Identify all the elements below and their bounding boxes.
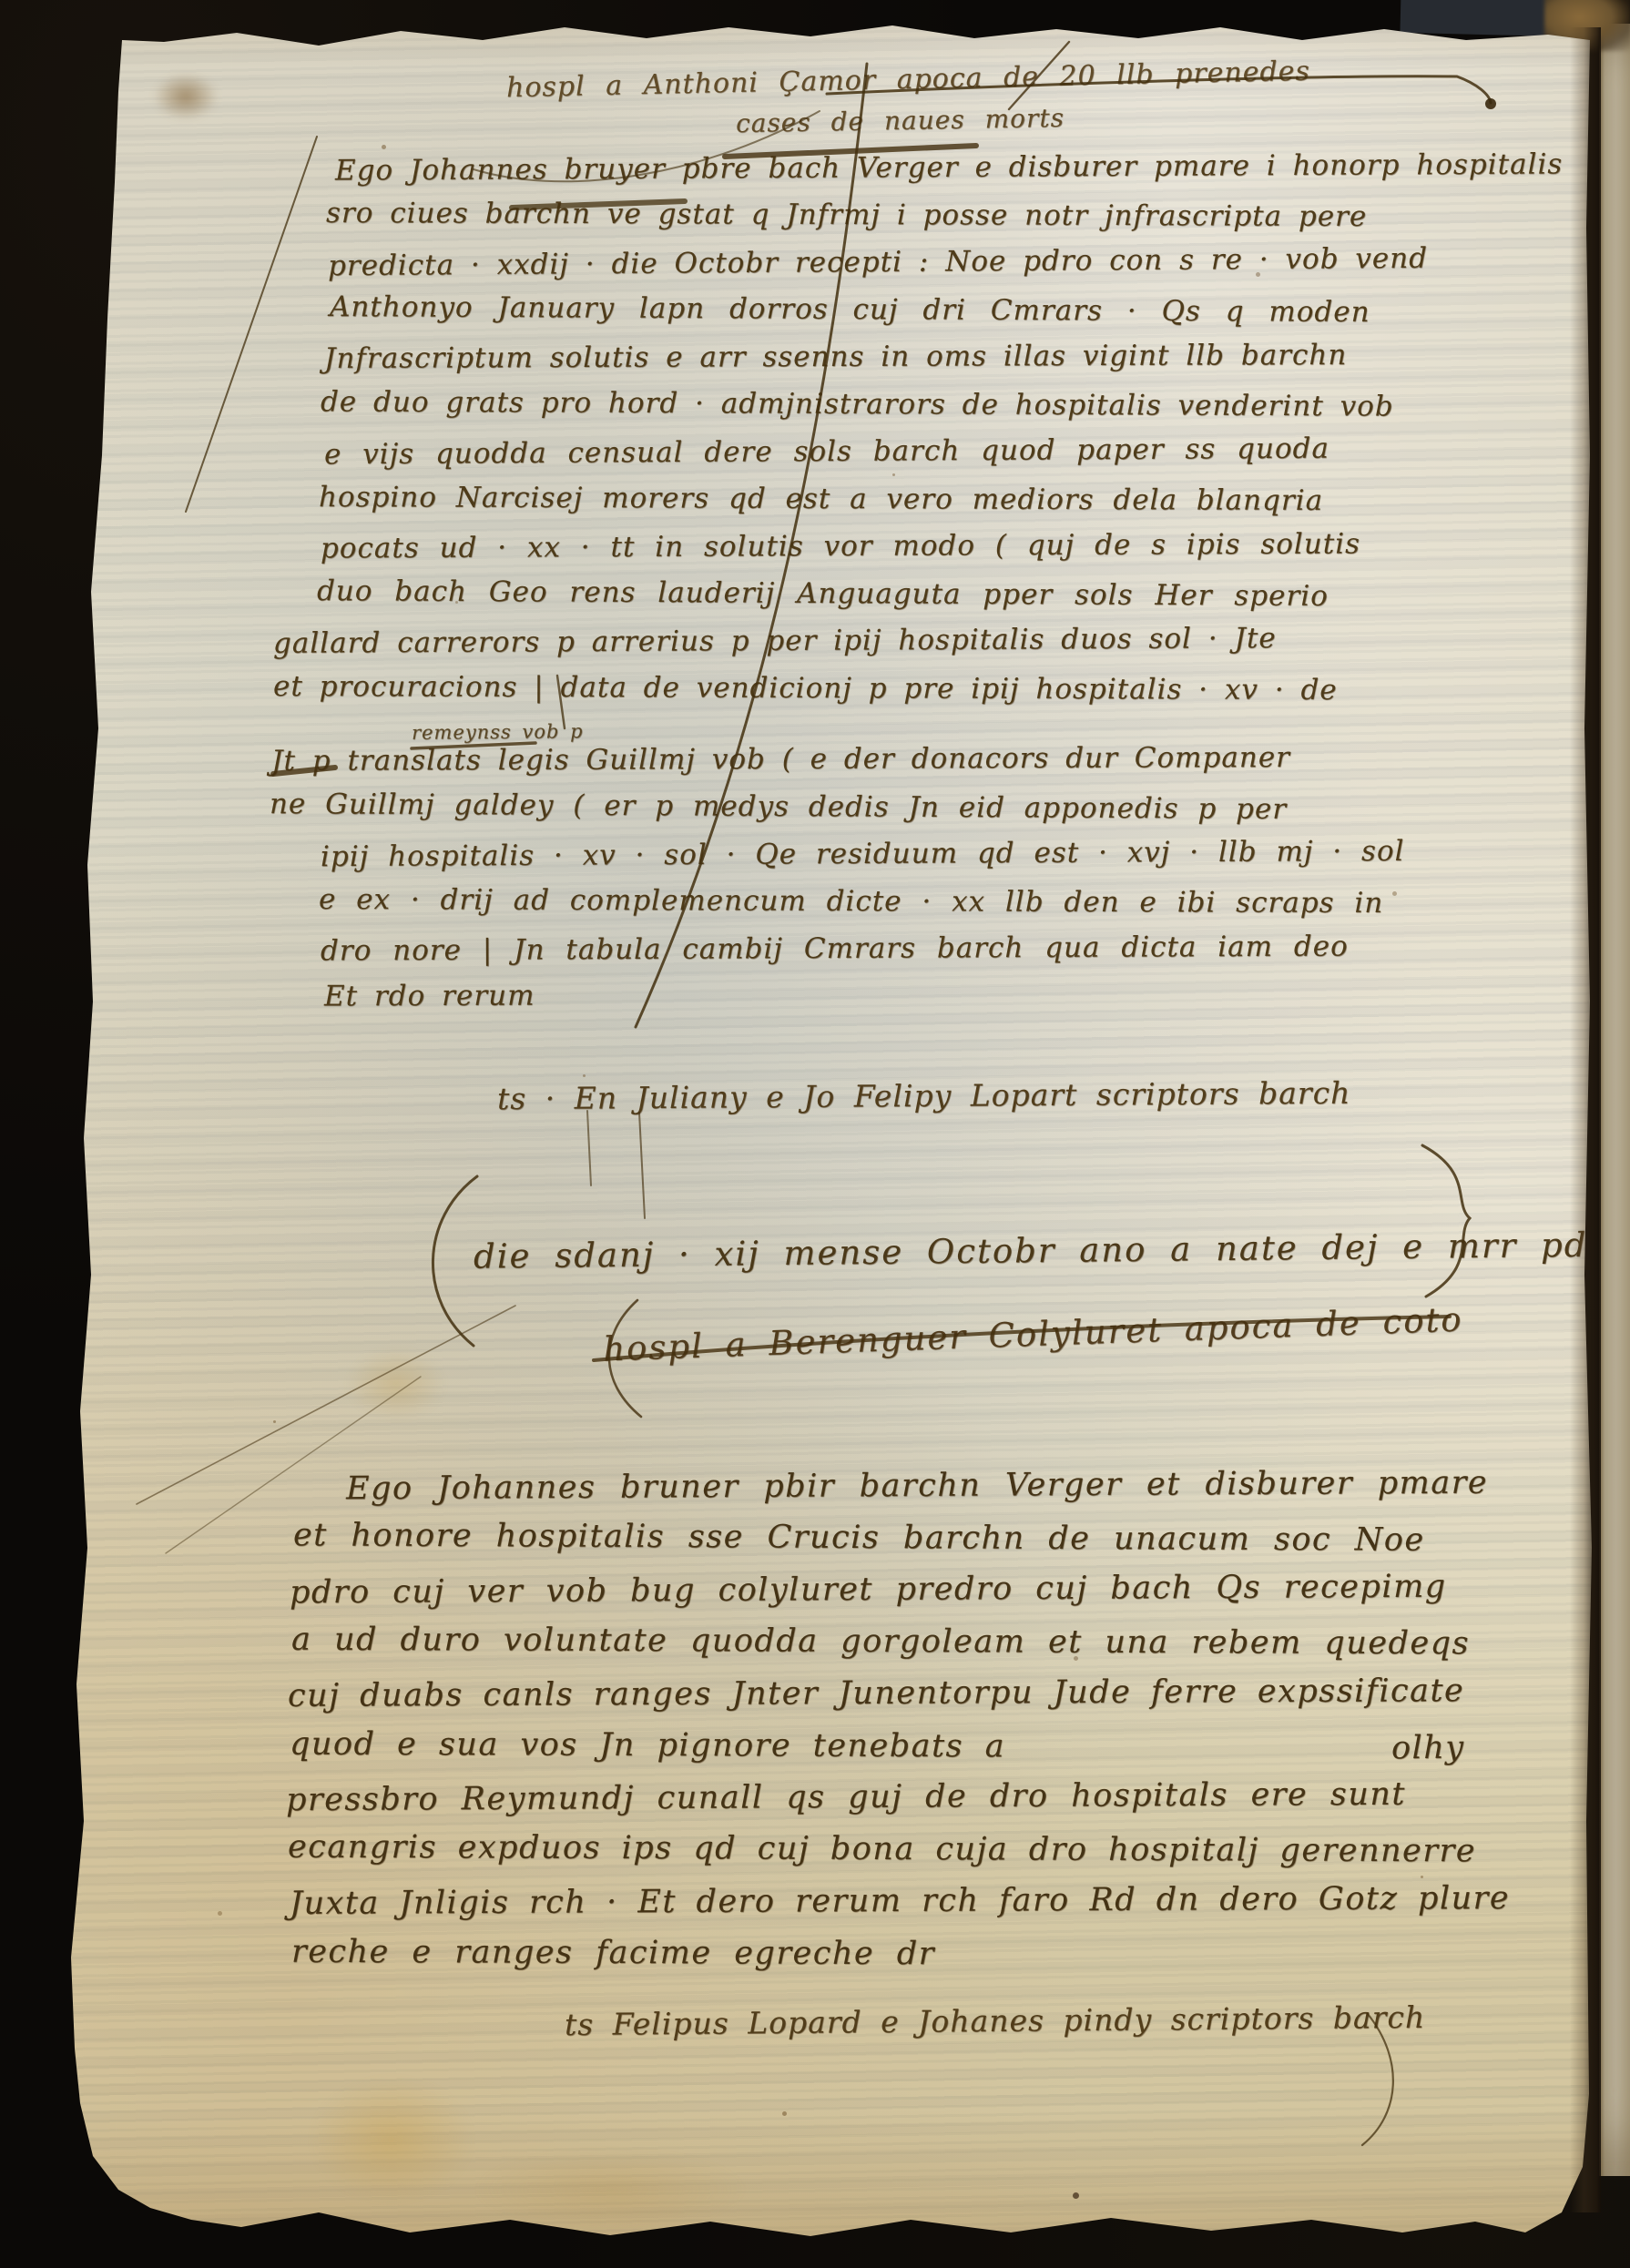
text-line: ecangris expduos ips qd cuj bona cuja dr… [288, 1829, 1476, 1870]
text-line: quod e sua vos Jn pignore tenebats a [290, 1726, 1005, 1765]
text-line: et honore hospitalis sse Crucis barchn d… [293, 1517, 1425, 1558]
text-line: e ex · drij ad complemencum dicte · xx l… [319, 883, 1383, 920]
text-line: a ud duro voluntate quodda gorgoleam et … [291, 1622, 1470, 1663]
text-line: cuj duabs canls ranges Jnter Junentorpu … [288, 1673, 1464, 1714]
text-line: Jt p translats legis Guillmj vob ( e der… [271, 741, 1290, 778]
margin-word: olhy [1391, 1730, 1465, 1767]
header-line: cases de naues morts [736, 103, 1065, 138]
text-line: et procuracions | data de vendicionj p p… [273, 670, 1338, 707]
stain [474, 2149, 747, 2231]
text-line: ipij hospitalis · xv · sol · Qe residuum… [321, 835, 1405, 873]
text-line: reche e ranges facime egreche dr [291, 1934, 935, 1972]
next-page-edge [1599, 24, 1630, 2176]
text-line: pressbro Reymundj cunall qs guj de dro h… [286, 1776, 1406, 1818]
text-line: e vijs quodda censual dere sols barch qu… [324, 432, 1329, 472]
text-line: hospino Narcisej morers qd est a vero me… [319, 481, 1323, 517]
stain [153, 73, 219, 120]
text-line: pdro cuj ver vob bug colyluret predro cu… [290, 1569, 1447, 1612]
text-line: pocats ud · xx · tt in solutis vor modo … [321, 528, 1360, 565]
interline-note: remeynss vob p [412, 720, 584, 744]
text-line: dro nore | Jn tabula cambij Cmrars barch… [321, 931, 1349, 968]
witness-line: ts Felipus Lopard e Johanes pindy script… [565, 1999, 1425, 2042]
text-line: sro ciues barchn ve gstat q Jnfrmj i pos… [326, 197, 1367, 233]
stain [346, 1348, 446, 1420]
manuscript-photo: hospl a Anthoni Çamor apoca de 20 llb pr… [0, 0, 1630, 2268]
book-cover-corner [1400, 0, 1566, 36]
text-line: Et rdo rerum [324, 980, 535, 1013]
text-line: gallard carrerors p arrerius p per ipij … [273, 622, 1277, 660]
text-line: Jnfrascriptum solutis e arr ssenns in om… [324, 339, 1347, 375]
text-line: Ego Johannes bruyer pbre bach Verger e d… [335, 147, 1563, 187]
page: hospl a Anthoni Çamor apoca de 20 llb pr… [0, 0, 1630, 2268]
text-line: de duo grats pro hord · admjnistrarors d… [321, 385, 1394, 422]
text-line: Juxta Jnligis rch · Et dero rerum rch fa… [290, 1880, 1510, 1922]
text-line: duo bach Geo rens lauderij Anguaguta ppe… [317, 575, 1329, 613]
text-line: Anthonyo January lapn dorros cuj dri Cmr… [330, 290, 1370, 329]
stain [310, 2076, 474, 2203]
witness-line: ts · En Juliany e Jo Felipy Lopart scrip… [497, 1075, 1351, 1117]
text-line: ne Guillmj galdey ( er p medys dedis Jn … [270, 788, 1287, 826]
fiber-specks [0, 0, 3, 3]
text-line: Ego Johannes bruner pbir barchn Verger e… [346, 1465, 1488, 1508]
gutter-shadow [1570, 27, 1601, 2212]
